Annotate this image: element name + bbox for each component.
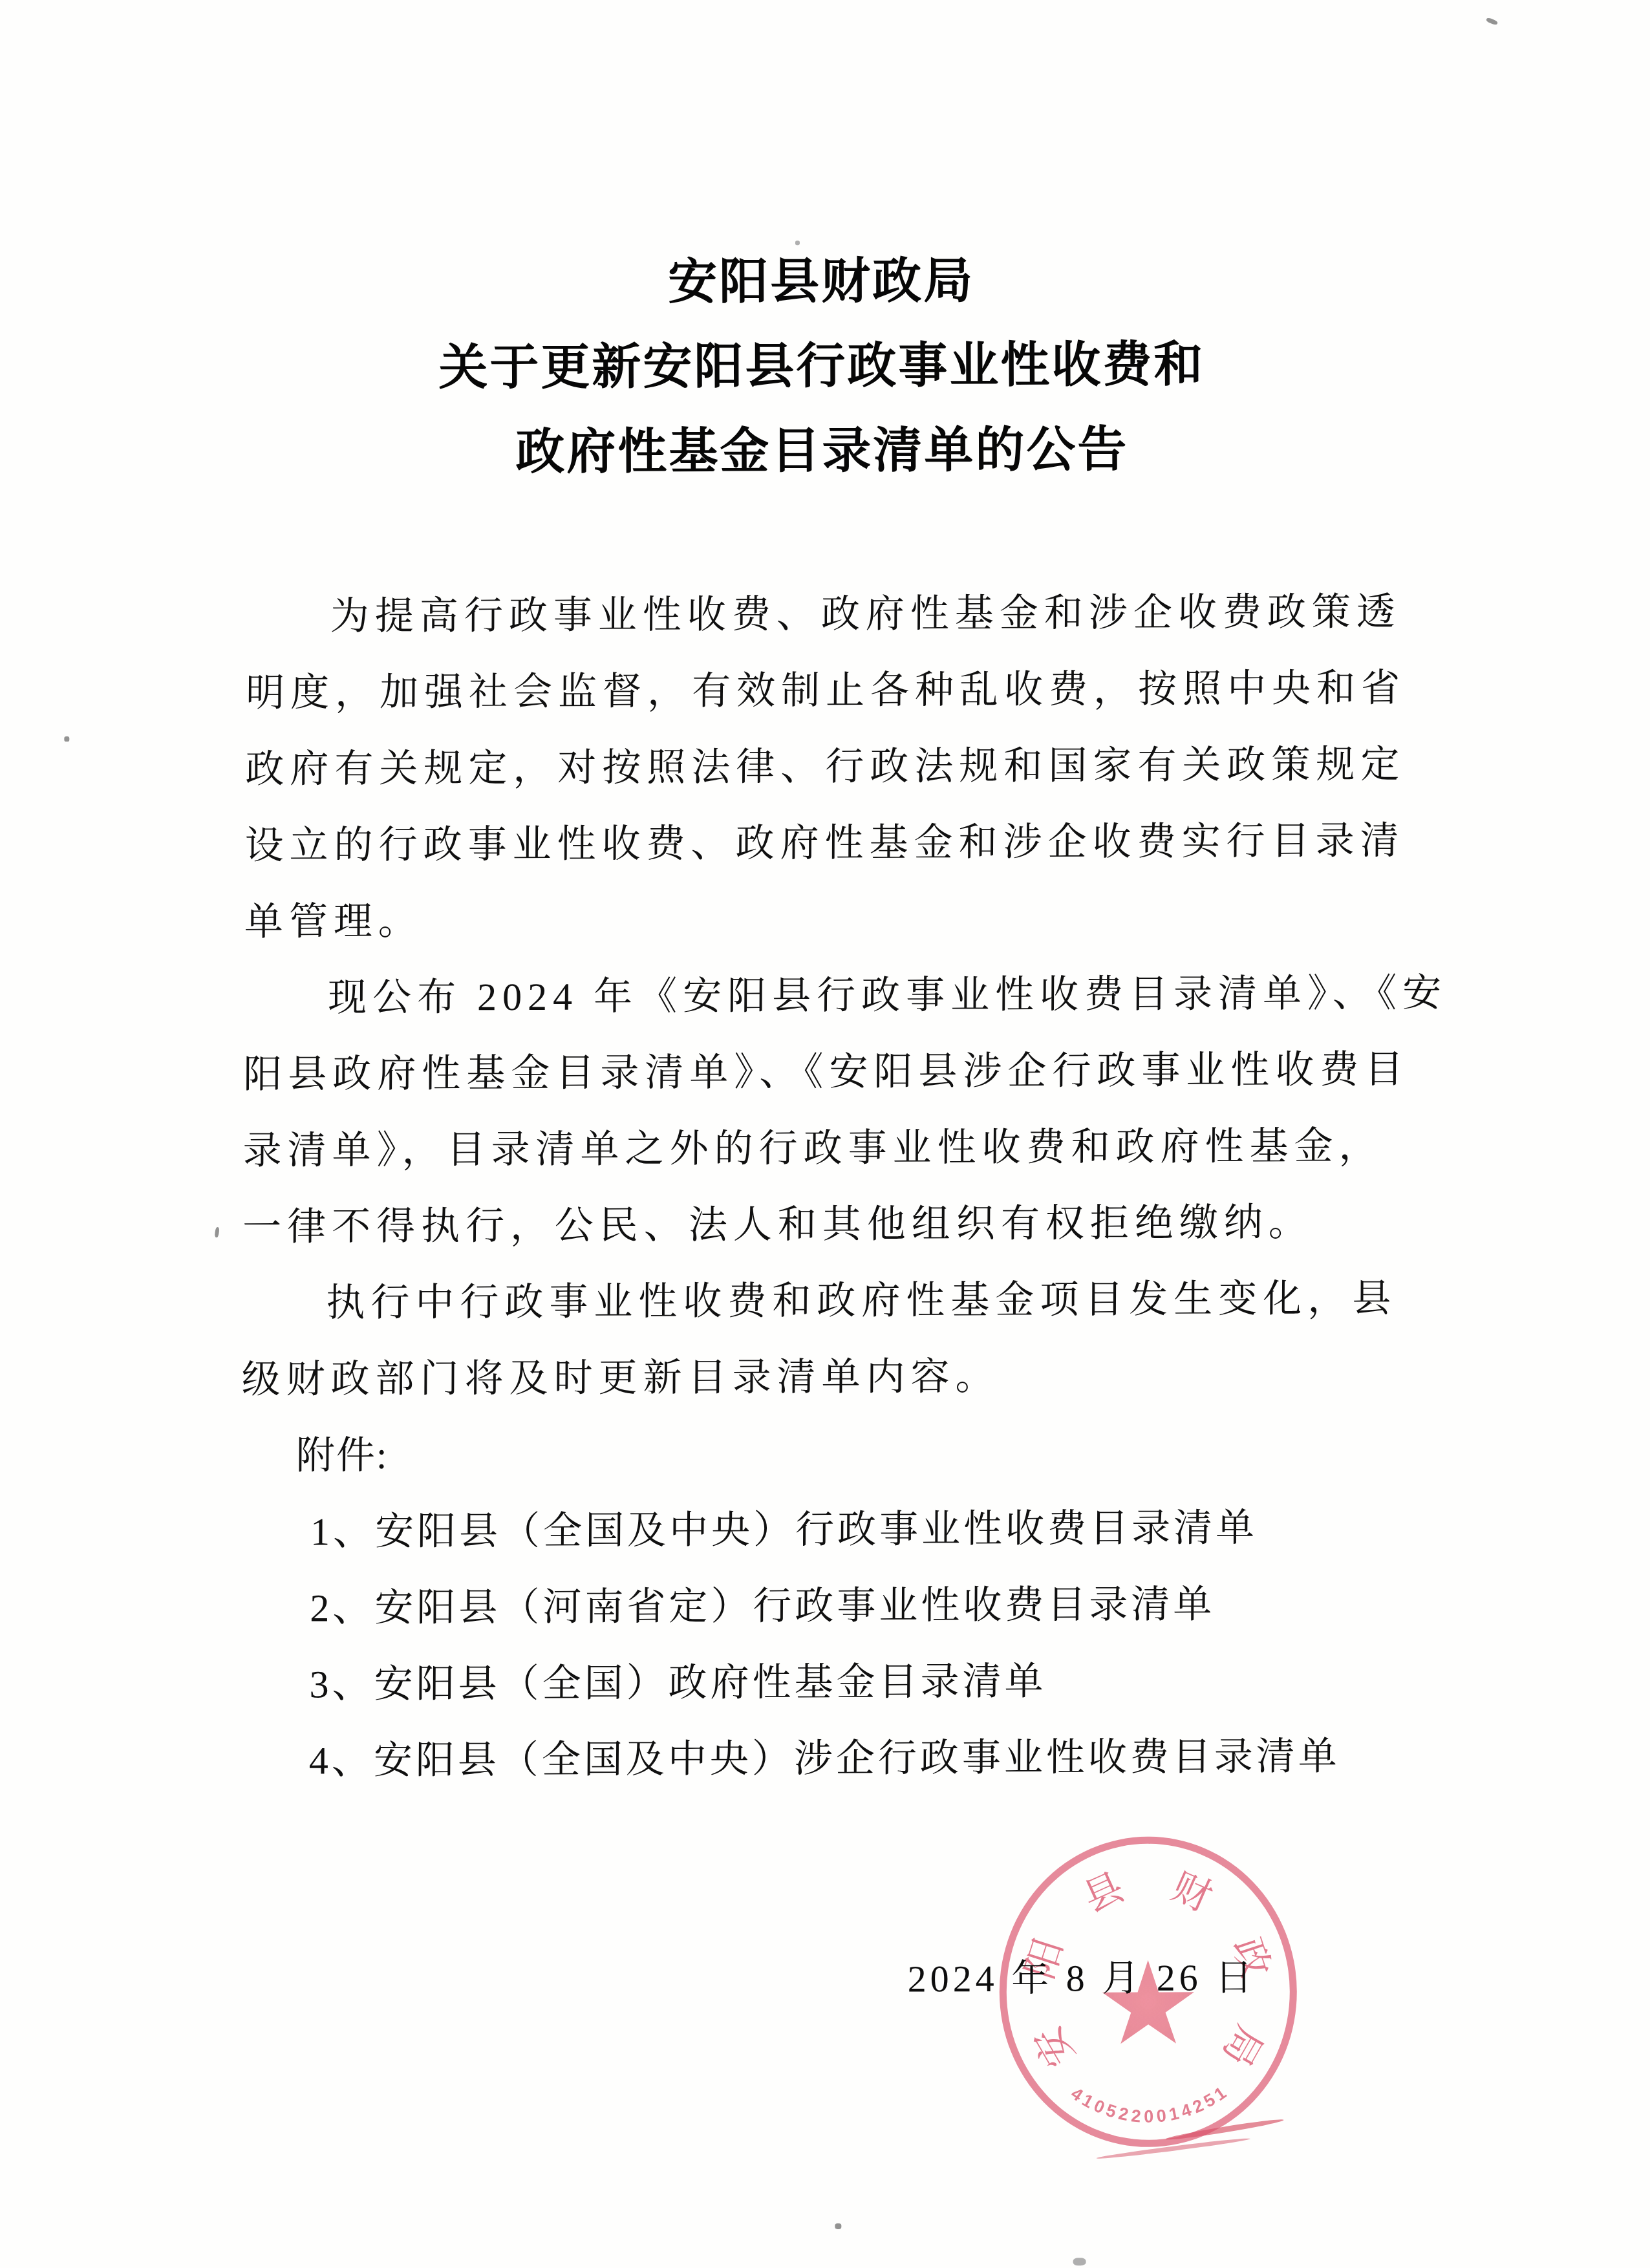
- body-line: 阳县政府性基金目录清单》、《安阳县涉企行政事业性收费目: [243, 1031, 1409, 1113]
- issuing-org-title: 安阳县财政局: [0, 235, 1647, 327]
- body-line: 为提高行政事业性收费、政府性基金和涉企收费政策透: [246, 573, 1411, 655]
- attachment-item: 4、安阳县（全国及中央）涉企行政事业性收费目录清单: [239, 1718, 1405, 1799]
- scanned-document-page: 安阳县财政局 关于更新安阳县行政事业性收费和 政府性基金目录清单的公告 为提高行…: [0, 0, 1650, 2268]
- body-line: 单管理。: [244, 879, 1410, 960]
- document-body: 为提高行政事业性收费、政府性基金和涉企收费政策透 明度，加强社会监督，有效制止各…: [239, 573, 1412, 1799]
- scan-artifact: [1073, 2258, 1086, 2265]
- document-header: 安阳县财政局 关于更新安阳县行政事业性收费和 政府性基金目录清单的公告: [0, 235, 1647, 497]
- body-line: 级财政部门将及时更新目录清单内容。: [241, 1336, 1407, 1418]
- scan-artifact: [795, 241, 800, 245]
- body-line: 政府有关规定，对按照法律、行政法规和国家有关政策规定: [245, 726, 1411, 808]
- document-content: 安阳县财政局 关于更新安阳县行政事业性收费和 政府性基金目录清单的公告 为提高行…: [0, 0, 1650, 2268]
- attachment-item: 2、安阳县（河南省定）行政事业性收费目录清单: [240, 1565, 1406, 1647]
- scan-artifact: [1486, 17, 1498, 25]
- body-line: 录清单》，目录清单之外的行政事业性收费和政府性基金，: [242, 1107, 1408, 1189]
- scan-artifact: [835, 2223, 841, 2229]
- body-line: 明度，加强社会监督，有效制止各种乱收费，按照中央和省: [246, 650, 1411, 731]
- body-line: 一律不得执行，公民、法人和其他组织有权拒绝缴纳。: [242, 1184, 1408, 1265]
- attachments-label: 附件:: [241, 1413, 1406, 1494]
- document-subject-line-2: 政府性基金目录清单的公告: [0, 405, 1647, 497]
- scan-artifact: [215, 1227, 220, 1238]
- scan-artifact: [64, 736, 69, 742]
- date-line: 2024 年 8 月 26 日: [908, 1952, 1257, 2005]
- body-line: 执行中行政事业性收费和政府性基金项目发生变化，县: [242, 1260, 1408, 1342]
- attachment-item: 3、安阳县（全国）政府性基金目录清单: [239, 1642, 1405, 1723]
- body-line: 设立的行政事业性收费、政府性基金和涉企收费实行目录清: [244, 802, 1410, 884]
- body-line: 现公布 2024 年《安阳县行政事业性收费目录清单》、《安: [244, 955, 1409, 1036]
- attachment-item: 1、安阳县（全国及中央）行政事业性收费目录清单: [241, 1489, 1406, 1570]
- document-subject-line-1: 关于更新安阳县行政事业性收费和: [0, 320, 1647, 412]
